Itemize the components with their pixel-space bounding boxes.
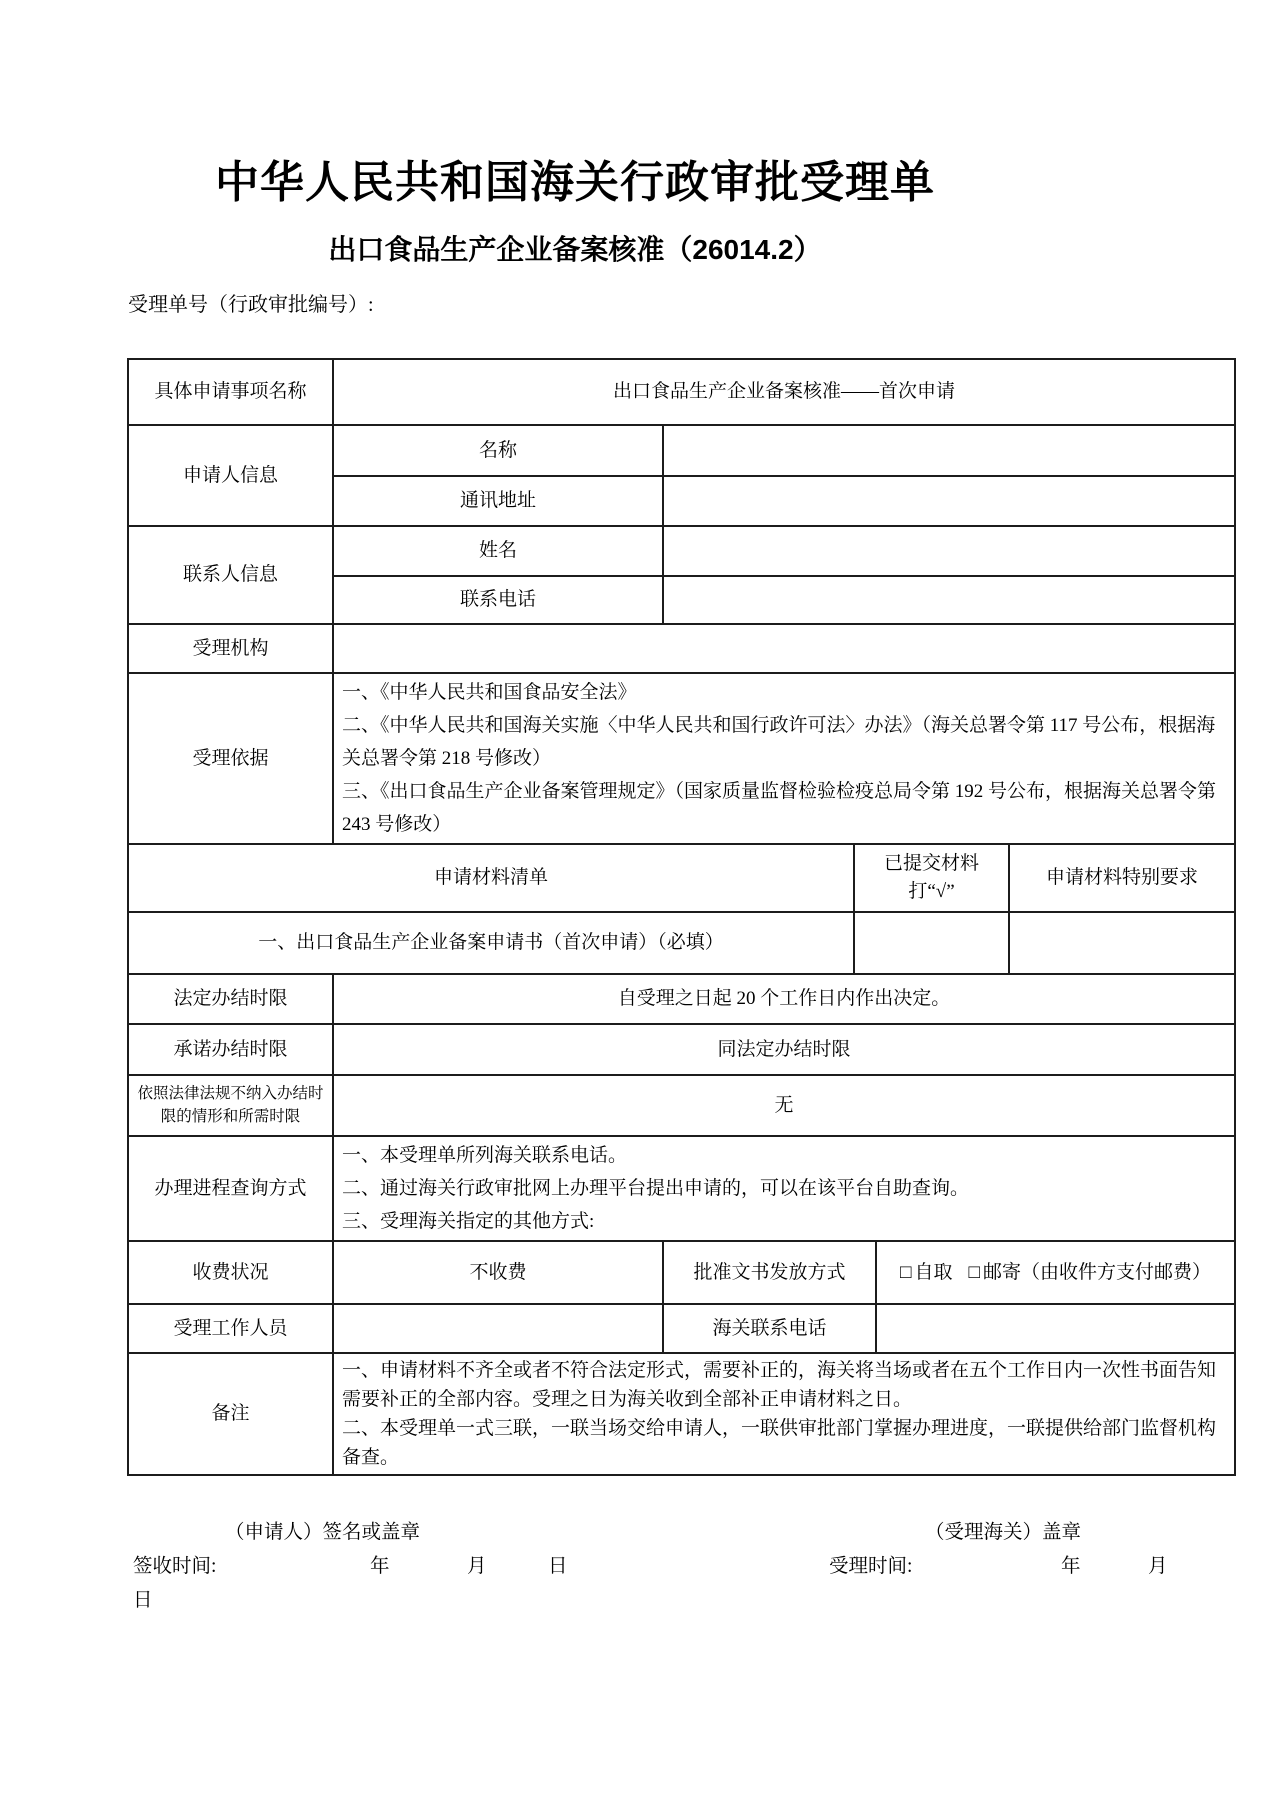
page-title: 中华人民共和国海关行政审批受理单 xyxy=(0,146,1150,210)
self-pickup-checkbox[interactable]: □ xyxy=(900,1259,911,1287)
delivery-options: □自取□邮寄（由收件方支付邮费） xyxy=(876,1241,1235,1304)
staff-field[interactable] xyxy=(333,1304,663,1353)
applicant-name-label: 名称 xyxy=(333,425,663,476)
material-item-special-field[interactable] xyxy=(1009,912,1235,974)
sign-day-label: 日 xyxy=(548,1550,568,1578)
accept-month-label: 月 xyxy=(1148,1550,1168,1578)
delivery-method-label: 批准文书发放方式 xyxy=(663,1241,876,1304)
applicant-name-field[interactable] xyxy=(663,425,1235,476)
remarks-label: 备注 xyxy=(128,1353,333,1475)
accept-time-label: 受理时间: xyxy=(829,1550,912,1578)
progress-query-line: 二、通过海关行政审批网上办理平台提出申请的，可以在该平台自助查询。 xyxy=(342,1172,1226,1205)
accepting-org-field[interactable] xyxy=(333,624,1235,673)
legal-deadline-value: 自受理之日起 20 个工作日内作出决定。 xyxy=(333,974,1235,1024)
customs-phone-field[interactable] xyxy=(876,1304,1235,1353)
remarks-line: 一、申请材料不齐全或者不符合法定形式，需要补正的，海关将当场或者在五个工作日内一… xyxy=(342,1356,1226,1414)
material-item-name: 一、出口食品生产企业备案申请书（首次申请）（必填） xyxy=(128,912,854,974)
basis-label: 受理依据 xyxy=(128,673,333,844)
applicant-info-label: 申请人信息 xyxy=(128,425,333,526)
sign-time-label: 签收时间: xyxy=(133,1550,216,1578)
staff-label: 受理工作人员 xyxy=(128,1304,333,1353)
sign-year-label: 年 xyxy=(370,1550,390,1578)
excluded-cases-label: 依照法律法规不纳入办结时限的情形和所需时限 xyxy=(128,1075,333,1136)
progress-query-label: 办理进程查询方式 xyxy=(128,1136,333,1241)
contact-phone-field[interactable] xyxy=(663,576,1235,624)
legal-deadline-label: 法定办结时限 xyxy=(128,974,333,1024)
accepting-org-label: 受理机构 xyxy=(128,624,333,673)
submitted-materials-header: 已提交材料打“√” xyxy=(854,844,1009,912)
applicant-address-field[interactable] xyxy=(663,476,1235,526)
excluded-cases-value: 无 xyxy=(333,1075,1235,1136)
remarks-line: 二、本受理单一式三联，一联当场交给申请人，一联供审批部门掌握办理进度，一联提供给… xyxy=(342,1414,1226,1472)
applicant-sign-label: （申请人）签名或盖章 xyxy=(225,1516,420,1544)
progress-query-text: 一、本受理单所列海关联系电话。 二、通过海关行政审批网上办理平台提出申请的，可以… xyxy=(333,1136,1235,1241)
item-name-label: 具体申请事项名称 xyxy=(128,359,333,425)
mail-checkbox[interactable]: □ xyxy=(969,1259,980,1287)
form-number-label: 受理单号（行政审批编号）: xyxy=(128,288,374,317)
customs-seal-label: （受理海关）盖章 xyxy=(925,1516,1081,1544)
fee-status-value: 不收费 xyxy=(333,1241,663,1304)
progress-query-line: 三、受理海关指定的其他方式: xyxy=(342,1205,1226,1238)
material-item-submitted-field[interactable] xyxy=(854,912,1009,974)
promised-deadline-label: 承诺办结时限 xyxy=(128,1024,333,1075)
customs-phone-label: 海关联系电话 xyxy=(663,1304,876,1353)
page-subtitle: 出口食品生产企业备案核准（26014.2） xyxy=(0,228,1150,268)
contact-info-label: 联系人信息 xyxy=(128,526,333,624)
self-pickup-label: 自取 xyxy=(914,1262,952,1283)
basis-text: 一、《中华人民共和国食品安全法》 二、《中华人民共和国海关实施〈中华人民共和国行… xyxy=(333,673,1235,844)
promised-deadline-value: 同法定办结时限 xyxy=(333,1024,1235,1075)
contact-name-field[interactable] xyxy=(663,526,1235,576)
acceptance-form-table: 具体申请事项名称 出口食品生产企业备案核准——首次申请 申请人信息 名称 通讯地… xyxy=(127,358,1236,1476)
fee-status-label: 收费状况 xyxy=(128,1241,333,1304)
basis-line: 一、《中华人民共和国食品安全法》 xyxy=(342,676,1226,709)
sign-month-label: 月 xyxy=(467,1550,487,1578)
special-requirements-header: 申请材料特别要求 xyxy=(1009,844,1235,912)
mail-label: 邮寄（由收件方支付邮费） xyxy=(983,1262,1211,1283)
form-page: 中华人民共和国海关行政审批受理单 出口食品生产企业备案核准（26014.2） 受… xyxy=(0,0,1280,1810)
accept-day-wrapped-label: 日 xyxy=(133,1584,153,1612)
materials-list-header: 申请材料清单 xyxy=(128,844,854,912)
remarks-text: 一、申请材料不齐全或者不符合法定形式，需要补正的，海关将当场或者在五个工作日内一… xyxy=(333,1353,1235,1475)
contact-phone-label: 联系电话 xyxy=(333,576,663,624)
applicant-address-label: 通讯地址 xyxy=(333,476,663,526)
item-name-value: 出口食品生产企业备案核准——首次申请 xyxy=(333,359,1235,425)
basis-line: 二、《中华人民共和国海关实施〈中华人民共和国行政许可法〉办法》（海关总署令第 1… xyxy=(342,709,1226,775)
basis-line: 三、《出口食品生产企业备案管理规定》（国家质量监督检验检疫总局令第 192 号公… xyxy=(342,775,1226,841)
accept-year-label: 年 xyxy=(1061,1550,1081,1578)
contact-name-label: 姓名 xyxy=(333,526,663,576)
progress-query-line: 一、本受理单所列海关联系电话。 xyxy=(342,1139,1226,1172)
